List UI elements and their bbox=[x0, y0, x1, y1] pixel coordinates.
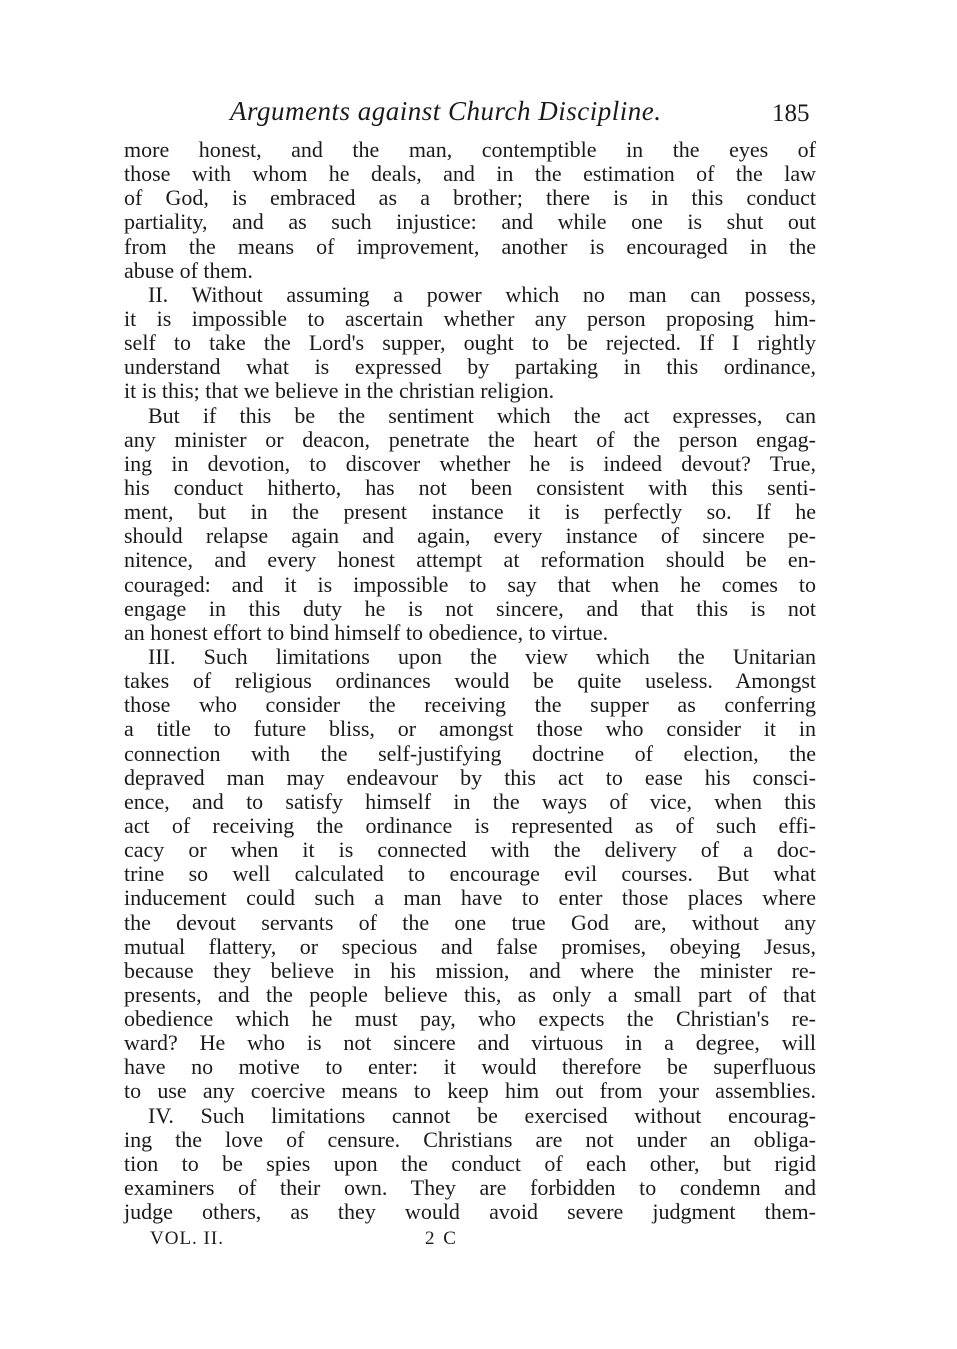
page-number: 185 bbox=[772, 100, 810, 128]
text-line: more honest, and the man, contemptible i… bbox=[124, 138, 816, 162]
paragraph: But if this be the sentiment which the a… bbox=[124, 404, 816, 645]
text-line: ward? He who is not sincere and virtuous… bbox=[124, 1031, 816, 1055]
text-line: examiners of their own. They are forbidd… bbox=[124, 1176, 816, 1200]
running-title: Arguments against Church Discipline. bbox=[230, 96, 661, 127]
text-line: a title to future bliss, or amongst thos… bbox=[124, 717, 816, 741]
text-line: mutual flattery, or specious and false p… bbox=[124, 935, 816, 959]
paragraph-section-iii: III. Such limitations upon the view whic… bbox=[124, 645, 816, 1104]
text-line: have no motive to enter: it would theref… bbox=[124, 1055, 816, 1079]
text-line: from the means of improvement, another i… bbox=[124, 235, 816, 259]
text-line: understand what is expressed by partakin… bbox=[124, 355, 816, 379]
text-line: to use any coercive means to keep him ou… bbox=[124, 1079, 816, 1103]
text-line: connection with the self-justifying doct… bbox=[124, 742, 816, 766]
text-line: of God, is embraced as a brother; there … bbox=[124, 186, 816, 210]
text-line: ing the love of censure. Christians are … bbox=[124, 1128, 816, 1152]
text-line: ment, but in the present instance it is … bbox=[124, 500, 816, 524]
text-line: tion to be spies upon the conduct of eac… bbox=[124, 1152, 816, 1176]
text-line: act of receiving the ordinance is repres… bbox=[124, 814, 816, 838]
text-line: trine so well calculated to encourage ev… bbox=[124, 862, 816, 886]
volume-label: VOL. II. bbox=[150, 1228, 224, 1250]
text-line: takes of religious ordinances would be q… bbox=[124, 669, 816, 693]
paragraph-continuation: more honest, and the man, contemptible i… bbox=[124, 138, 816, 283]
text-line: any minister or deacon, penetrate the he… bbox=[124, 428, 816, 452]
text-line: III. Such limitations upon the view whic… bbox=[124, 645, 816, 669]
text-line: an honest effort to bind himself to obed… bbox=[124, 621, 816, 645]
text-line: engage in this duty he is not sincere, a… bbox=[124, 597, 816, 621]
text-line: But if this be the sentiment which the a… bbox=[124, 404, 816, 428]
text-line: inducement could such a man have to ente… bbox=[124, 886, 816, 910]
text-line: presents, and the people believe this, a… bbox=[124, 983, 816, 1007]
text-line: partiality, and as such injustice: and w… bbox=[124, 210, 816, 234]
paragraph-section-iv: IV. Such limitations cannot be exercised… bbox=[124, 1104, 816, 1225]
text-line: self to take the Lord's supper, ought to… bbox=[124, 331, 816, 355]
text-line: judge others, as they would avoid severe… bbox=[124, 1200, 816, 1224]
text-line: nitence, and every honest attempt at ref… bbox=[124, 548, 816, 572]
text-line: couraged: and it is impossible to say th… bbox=[124, 573, 816, 597]
text-line: it is this; that we believe in the chris… bbox=[124, 379, 816, 403]
text-line: obedience which he must pay, who expects… bbox=[124, 1007, 816, 1031]
text-line: ence, and to satisfy himself in the ways… bbox=[124, 790, 816, 814]
text-line: cacy or when it is connected with the de… bbox=[124, 838, 816, 862]
text-line: abuse of them. bbox=[124, 259, 816, 283]
text-line: depraved man may endeavour by this act t… bbox=[124, 766, 816, 790]
text-line: because they believe in his mission, and… bbox=[124, 959, 816, 983]
text-line: those with whom he deals, and in the est… bbox=[124, 162, 816, 186]
signature-mark: 2 C bbox=[425, 1228, 458, 1250]
text-line: the devout servants of the one true God … bbox=[124, 911, 816, 935]
text-line: should relapse again and again, every in… bbox=[124, 524, 816, 548]
text-line: his conduct hitherto, has not been consi… bbox=[124, 476, 816, 500]
text-line: II. Without assuming a power which no ma… bbox=[124, 283, 816, 307]
body-text: more honest, and the man, contemptible i… bbox=[124, 138, 816, 1224]
book-page: Arguments against Church Discipline. 185… bbox=[0, 0, 957, 1349]
text-line: ing in devotion, to discover whether he … bbox=[124, 452, 816, 476]
text-line: IV. Such limitations cannot be exercised… bbox=[124, 1104, 816, 1128]
text-line: those who consider the receiving the sup… bbox=[124, 693, 816, 717]
text-line: it is impossible to ascertain whether an… bbox=[124, 307, 816, 331]
paragraph-section-ii: II. Without assuming a power which no ma… bbox=[124, 283, 816, 404]
